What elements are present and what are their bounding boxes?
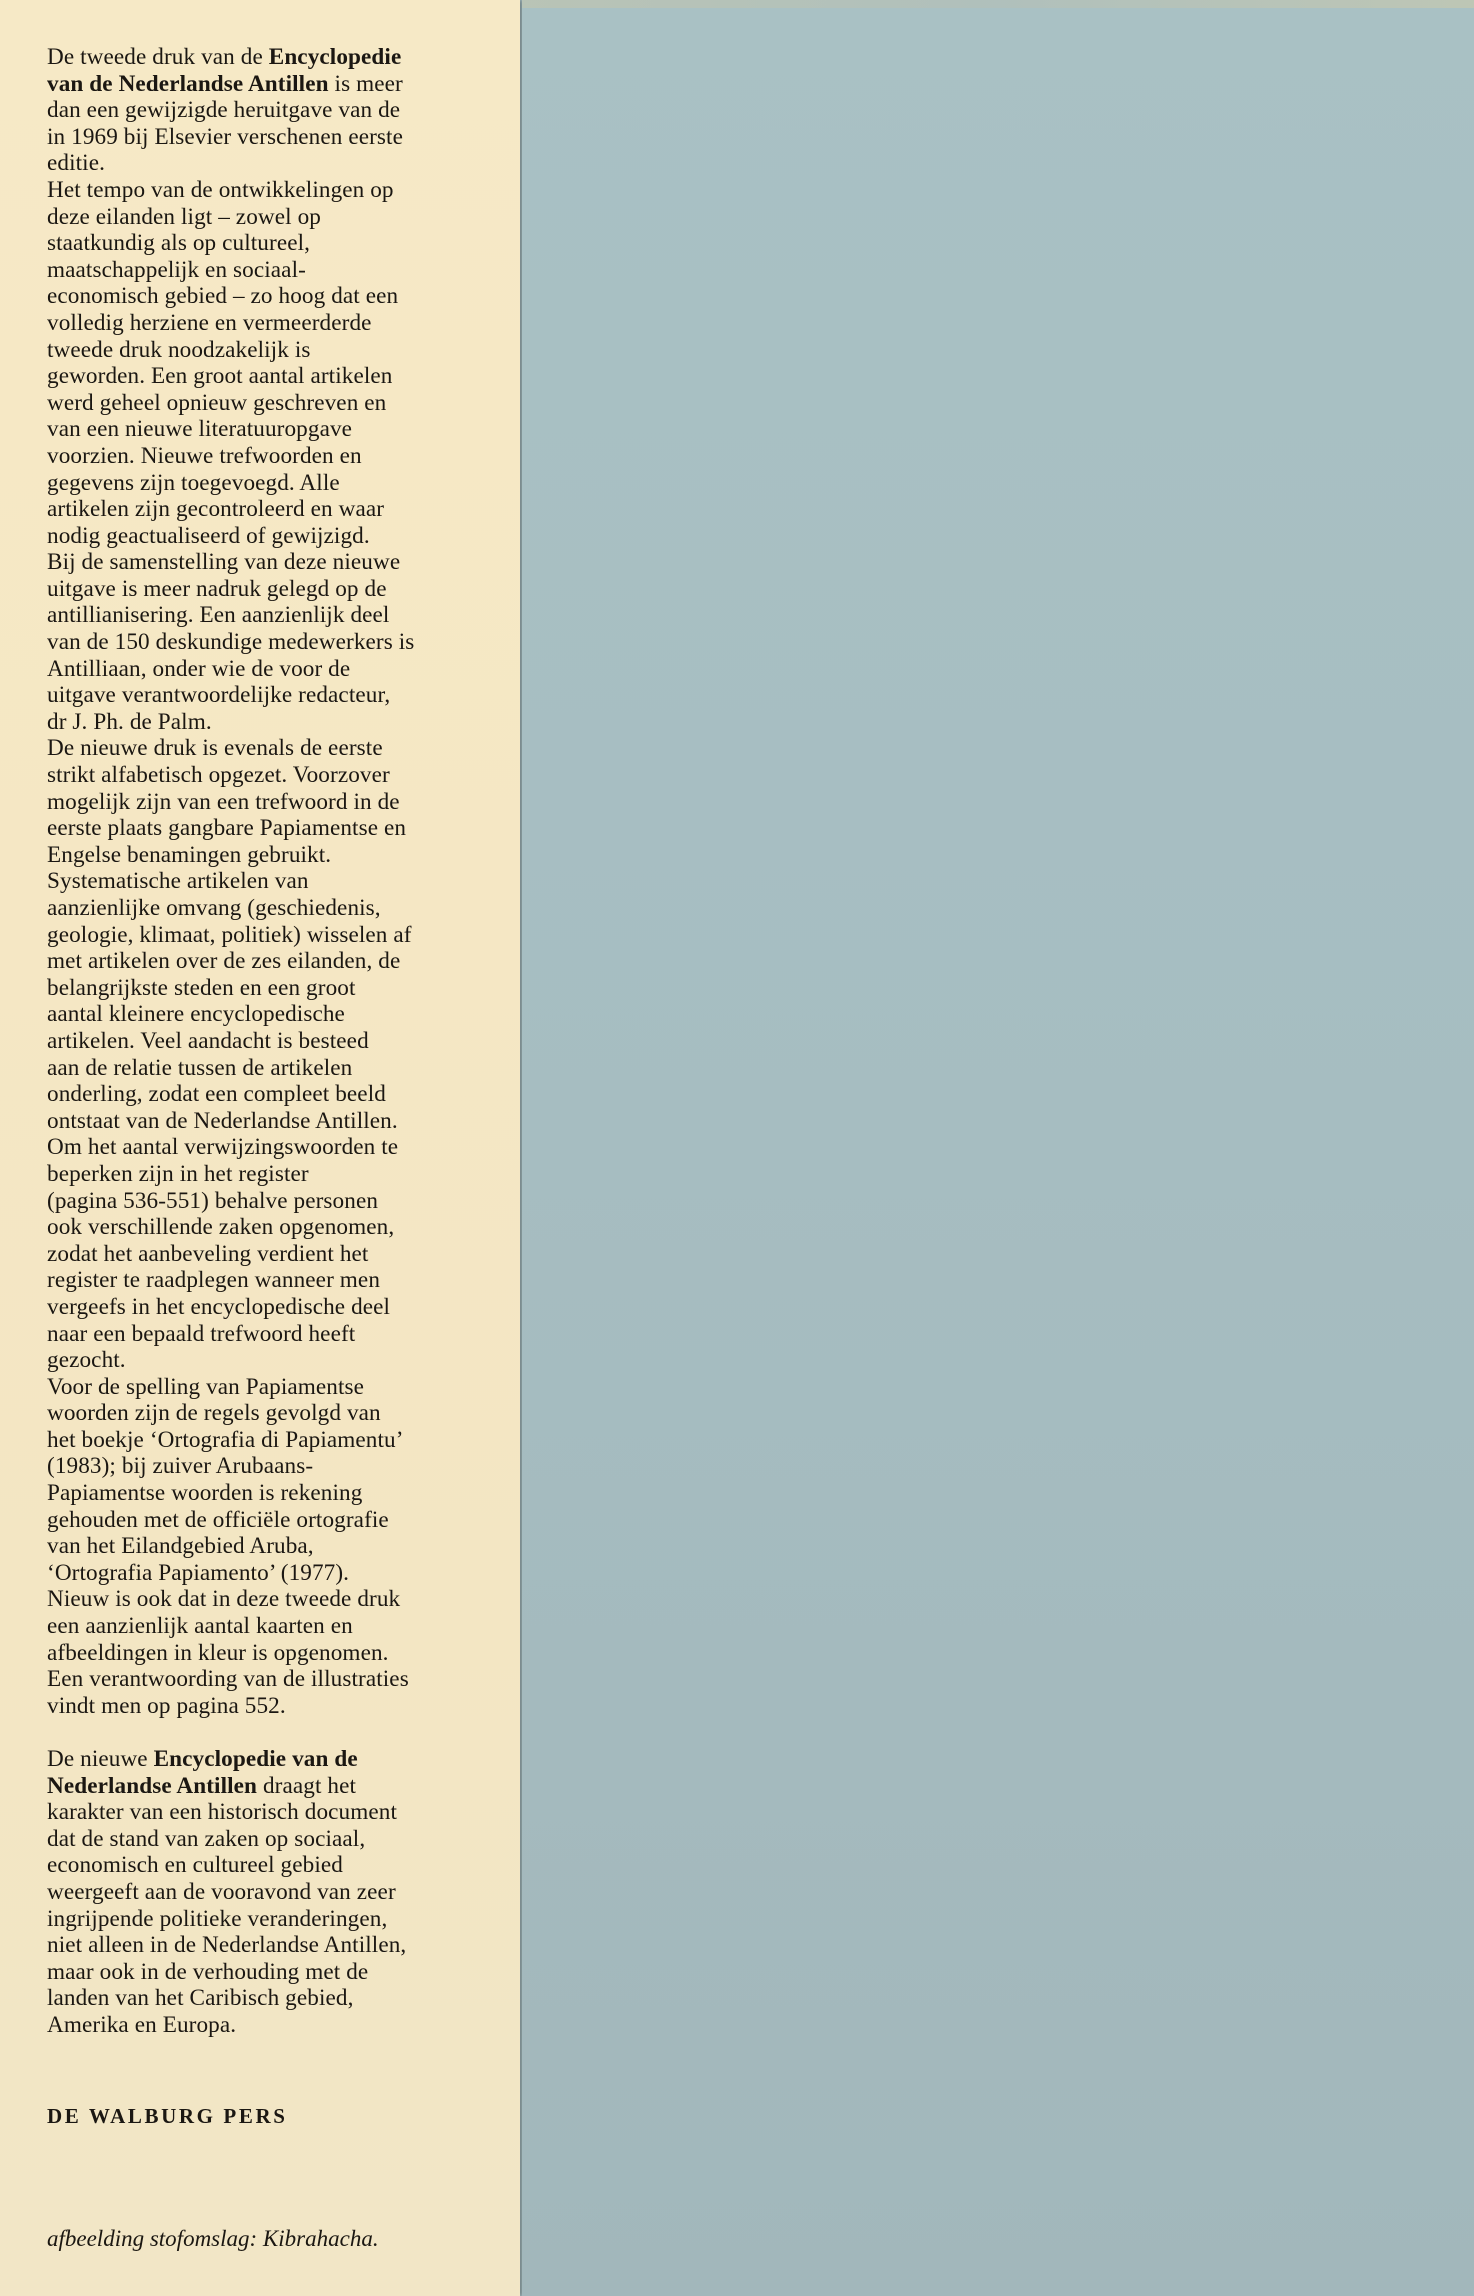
text-span: Papiamentse woorden is rekening bbox=[47, 1480, 362, 1506]
text-line: maar ook in de verhouding met de bbox=[47, 1959, 487, 1986]
text-span: aan de relatie tussen de artikelen bbox=[47, 1055, 352, 1081]
text-span: (pagina 536-551) behalve personen bbox=[47, 1188, 378, 1214]
text-span: Antilliaan, onder wie de voor de bbox=[47, 656, 350, 682]
text-span: naar een bepaald trefwoord heeft bbox=[47, 1321, 355, 1347]
text-span: geologie, klimaat, politiek) wisselen af bbox=[47, 922, 412, 948]
text-line: register te raadplegen wanneer men bbox=[47, 1267, 487, 1294]
text-span: van een nieuwe literatuuropgave bbox=[47, 416, 352, 442]
text-line: aantal kleinere encyclopedische bbox=[47, 1001, 487, 1028]
text-span: onderling, zodat een compleet beeld bbox=[47, 1081, 386, 1107]
text-span: gehouden met de officiële ortografie bbox=[47, 1507, 389, 1533]
text-line: Antilliaan, onder wie de voor de bbox=[47, 656, 487, 683]
text-line: Engelse benamingen gebruikt. bbox=[47, 842, 487, 869]
text-line: De tweede druk van de Encyclopedie bbox=[47, 44, 487, 71]
text-line: karakter van een historisch document bbox=[47, 1799, 487, 1826]
text-line: economisch gebied – zo hoog dat een bbox=[47, 283, 487, 310]
text-span: afbeeldingen in kleur is opgenomen. bbox=[47, 1640, 389, 1666]
text-line: ontstaat van de Nederlandse Antillen. bbox=[47, 1108, 487, 1135]
text-span: voorzien. Nieuwe trefwoorden en bbox=[47, 443, 362, 469]
text-span: antillianisering. Een aanzienlijk deel bbox=[47, 602, 389, 628]
bold-title-text: van de Nederlandse Antillen bbox=[47, 71, 329, 97]
text-line: dat de stand van zaken op sociaal, bbox=[47, 1826, 487, 1853]
text-span: De nieuwe bbox=[47, 1746, 154, 1772]
text-line: aanzienlijke omvang (geschiedenis, bbox=[47, 895, 487, 922]
bold-title-text: Encyclopedie van de bbox=[154, 1746, 358, 1772]
text-span: De nieuwe druk is evenals de eerste bbox=[47, 735, 383, 761]
paragraph-gap bbox=[47, 1719, 487, 1746]
text-span: uitgave verantwoordelijke redacteur, bbox=[47, 682, 390, 708]
text-line: dr J. Ph. de Palm. bbox=[47, 709, 487, 736]
text-span: dan een gewijzigde heruitgave van de bbox=[47, 97, 400, 123]
text-line: niet alleen in de Nederlandse Antillen, bbox=[47, 1932, 487, 1959]
text-span: Engelse benamingen gebruikt. bbox=[47, 842, 331, 868]
text-span: maatschappelijk en sociaal- bbox=[47, 257, 306, 283]
text-span: Het tempo van de ontwikkelingen op bbox=[47, 177, 394, 203]
text-span: weergeeft aan de vooravond van zeer bbox=[47, 1879, 396, 1905]
text-span: strikt alfabetisch opgezet. Voorzover bbox=[47, 762, 390, 788]
text-span: staatkundig als op cultureel, bbox=[47, 230, 310, 256]
text-span: register te raadplegen wanneer men bbox=[47, 1267, 380, 1293]
text-line: dan een gewijzigde heruitgave van de bbox=[47, 97, 487, 124]
text-span: (1983); bij zuiver Arubaans- bbox=[47, 1453, 313, 1479]
publisher-name: DE WALBURG PERS bbox=[47, 2104, 288, 2129]
text-line: het boekje ‘Ortografia di Papiamentu’ bbox=[47, 1427, 487, 1454]
text-span: met artikelen over de zes eilanden, de bbox=[47, 948, 400, 974]
text-span: van de 150 deskundige medewerkers is bbox=[47, 629, 414, 655]
text-line: geologie, klimaat, politiek) wisselen af bbox=[47, 922, 487, 949]
text-line: geworden. Een groot aantal artikelen bbox=[47, 363, 487, 390]
text-line: maatschappelijk en sociaal- bbox=[47, 257, 487, 284]
text-line: (1983); bij zuiver Arubaans- bbox=[47, 1453, 487, 1480]
bold-title-text: Nederlandse Antillen bbox=[47, 1773, 257, 1799]
text-line: van een nieuwe literatuuropgave bbox=[47, 416, 487, 443]
text-span: economisch gebied – zo hoog dat een bbox=[47, 283, 398, 309]
text-line: van de 150 deskundige medewerkers is bbox=[47, 629, 487, 656]
cover-top-edge bbox=[522, 0, 1474, 8]
text-line: in 1969 bij Elsevier verschenen eerste bbox=[47, 124, 487, 151]
text-line: zodat het aanbeveling verdient het bbox=[47, 1241, 487, 1268]
text-span: beperken zijn in het register bbox=[47, 1161, 309, 1187]
text-line: Om het aantal verwijzingswoorden te bbox=[47, 1134, 487, 1161]
text-line: van het Eilandgebied Aruba, bbox=[47, 1533, 487, 1560]
text-span: ontstaat van de Nederlandse Antillen. bbox=[47, 1108, 398, 1134]
bold-title-text: Encyclopedie bbox=[269, 44, 402, 70]
text-line: eerste plaats gangbare Papiamentse en bbox=[47, 815, 487, 842]
text-span: Een verantwoording van de illustraties bbox=[47, 1666, 409, 1692]
text-span: aantal kleinere encyclopedische bbox=[47, 1001, 345, 1027]
text-span: vergeefs in het encyclopedische deel bbox=[47, 1294, 390, 1320]
text-line: mogelijk zijn van een trefwoord in de bbox=[47, 789, 487, 816]
text-line: Het tempo van de ontwikkelingen op bbox=[47, 177, 487, 204]
text-line: artikelen. Veel aandacht is besteed bbox=[47, 1028, 487, 1055]
text-line: Systematische artikelen van bbox=[47, 868, 487, 895]
text-line: onderling, zodat een compleet beeld bbox=[47, 1081, 487, 1108]
text-line: aan de relatie tussen de artikelen bbox=[47, 1055, 487, 1082]
text-line: economisch en cultureel gebied bbox=[47, 1852, 487, 1879]
text-line: naar een bepaald trefwoord heeft bbox=[47, 1321, 487, 1348]
dust-jacket-flap: De tweede druk van de Encyclopedievan de… bbox=[0, 0, 520, 2296]
text-line: tweede druk noodzakelijk is bbox=[47, 337, 487, 364]
text-line: uitgave verantwoordelijke redacteur, bbox=[47, 682, 487, 709]
text-line: Bij de samenstelling van deze nieuwe bbox=[47, 549, 487, 576]
text-span: in 1969 bij Elsevier verschenen eerste bbox=[47, 124, 403, 150]
text-span: niet alleen in de Nederlandse Antillen, bbox=[47, 1932, 406, 1958]
text-line: een aanzienlijk aantal kaarten en bbox=[47, 1613, 487, 1640]
text-span: dr J. Ph. de Palm. bbox=[47, 709, 212, 735]
text-line: werd geheel opnieuw geschreven en bbox=[47, 390, 487, 417]
text-span: economisch en cultureel gebied bbox=[47, 1852, 343, 1878]
book-cover-blue-panel bbox=[522, 0, 1474, 2296]
text-line: Amerika en Europa. bbox=[47, 2012, 487, 2039]
text-span: Amerika en Europa. bbox=[47, 2012, 236, 2038]
text-span: ingrijpende politieke veranderingen, bbox=[47, 1906, 387, 1932]
text-span: Voor de spelling van Papiamentse bbox=[47, 1374, 364, 1400]
text-span: is meer bbox=[329, 71, 403, 97]
text-line: Een verantwoording van de illustraties bbox=[47, 1666, 487, 1693]
text-line: strikt alfabetisch opgezet. Voorzover bbox=[47, 762, 487, 789]
text-span: werd geheel opnieuw geschreven en bbox=[47, 390, 386, 416]
text-span: nodig geactualiseerd of gewijzigd. bbox=[47, 523, 370, 549]
text-span: zodat het aanbeveling verdient het bbox=[47, 1241, 368, 1267]
text-line: van de Nederlandse Antillen is meer bbox=[47, 71, 487, 98]
text-line: Nieuw is ook dat in deze tweede druk bbox=[47, 1586, 487, 1613]
text-line: editie. bbox=[47, 150, 487, 177]
text-line: beperken zijn in het register bbox=[47, 1161, 487, 1188]
text-span: De tweede druk van de bbox=[47, 44, 269, 70]
text-span: aanzienlijke omvang (geschiedenis, bbox=[47, 895, 381, 921]
cover-image-credit: afbeelding stofomslag: Kibrahacha. bbox=[47, 2226, 379, 2252]
text-span: ook verschillende zaken opgenomen, bbox=[47, 1214, 394, 1240]
text-span: uitgave is meer nadruk gelegd op de bbox=[47, 576, 387, 602]
text-span: Bij de samenstelling van deze nieuwe bbox=[47, 549, 400, 575]
text-span: belangrijkste steden en een groot bbox=[47, 975, 356, 1001]
text-line: landen van het Caribisch gebied, bbox=[47, 1985, 487, 2012]
text-span: dat de stand van zaken op sociaal, bbox=[47, 1826, 365, 1852]
text-line: met artikelen over de zes eilanden, de bbox=[47, 948, 487, 975]
text-span: landen van het Caribisch gebied, bbox=[47, 1985, 353, 2011]
text-line: weergeeft aan de vooravond van zeer bbox=[47, 1879, 487, 1906]
text-span: van het Eilandgebied Aruba, bbox=[47, 1533, 314, 1559]
text-span: draagt het bbox=[257, 1773, 356, 1799]
text-line: De nieuwe druk is evenals de eerste bbox=[47, 735, 487, 762]
text-line: De nieuwe Encyclopedie van de bbox=[47, 1746, 487, 1773]
text-line: gezocht. bbox=[47, 1347, 487, 1374]
text-line: uitgave is meer nadruk gelegd op de bbox=[47, 576, 487, 603]
text-line: ingrijpende politieke veranderingen, bbox=[47, 1906, 487, 1933]
text-span: het boekje ‘Ortografia di Papiamentu’ bbox=[47, 1427, 404, 1453]
text-line: ‘Ortografia Papiamento’ (1977). bbox=[47, 1560, 487, 1587]
text-span: editie. bbox=[47, 150, 105, 176]
text-line: nodig geactualiseerd of gewijzigd. bbox=[47, 523, 487, 550]
text-span: geworden. Een groot aantal artikelen bbox=[47, 363, 392, 389]
text-line: artikelen zijn gecontroleerd en waar bbox=[47, 496, 487, 523]
text-line: antillianisering. Een aanzienlijk deel bbox=[47, 602, 487, 629]
text-span: Om het aantal verwijzingswoorden te bbox=[47, 1134, 398, 1160]
text-span: artikelen. Veel aandacht is besteed bbox=[47, 1028, 369, 1054]
flap-body-text: De tweede druk van de Encyclopedievan de… bbox=[47, 44, 487, 2039]
text-span: gezocht. bbox=[47, 1347, 126, 1373]
text-line: volledig herziene en vermeerderde bbox=[47, 310, 487, 337]
text-line: gehouden met de officiële ortografie bbox=[47, 1507, 487, 1534]
text-span: deze eilanden ligt – zowel op bbox=[47, 204, 321, 230]
text-span: woorden zijn de regels gevolgd van bbox=[47, 1400, 381, 1426]
text-span: karakter van een historisch document bbox=[47, 1799, 397, 1825]
text-span: tweede druk noodzakelijk is bbox=[47, 337, 310, 363]
text-line: afbeeldingen in kleur is opgenomen. bbox=[47, 1640, 487, 1667]
text-span: mogelijk zijn van een trefwoord in de bbox=[47, 789, 400, 815]
text-line: deze eilanden ligt – zowel op bbox=[47, 204, 487, 231]
text-span: maar ook in de verhouding met de bbox=[47, 1959, 368, 1985]
text-line: Nederlandse Antillen draagt het bbox=[47, 1773, 487, 1800]
text-span: volledig herziene en vermeerderde bbox=[47, 310, 372, 336]
text-line: voorzien. Nieuwe trefwoorden en bbox=[47, 443, 487, 470]
text-line: woorden zijn de regels gevolgd van bbox=[47, 1400, 487, 1427]
text-span: ‘Ortografia Papiamento’ (1977). bbox=[47, 1560, 349, 1586]
text-line: staatkundig als op cultureel, bbox=[47, 230, 487, 257]
text-span: een aanzienlijk aantal kaarten en bbox=[47, 1613, 353, 1639]
text-span: gegevens zijn toegevoegd. Alle bbox=[47, 470, 340, 496]
text-span: eerste plaats gangbare Papiamentse en bbox=[47, 815, 406, 841]
text-line: Voor de spelling van Papiamentse bbox=[47, 1374, 487, 1401]
text-span: Systematische artikelen van bbox=[47, 868, 309, 894]
text-line: gegevens zijn toegevoegd. Alle bbox=[47, 470, 487, 497]
text-span: vindt men op pagina 552. bbox=[47, 1693, 286, 1719]
text-line: belangrijkste steden en een groot bbox=[47, 975, 487, 1002]
text-line: Papiamentse woorden is rekening bbox=[47, 1480, 487, 1507]
text-line: vindt men op pagina 552. bbox=[47, 1693, 487, 1720]
text-span: artikelen zijn gecontroleerd en waar bbox=[47, 496, 384, 522]
text-span: Nieuw is ook dat in deze tweede druk bbox=[47, 1586, 400, 1612]
text-line: (pagina 536-551) behalve personen bbox=[47, 1188, 487, 1215]
text-line: ook verschillende zaken opgenomen, bbox=[47, 1214, 487, 1241]
text-line: vergeefs in het encyclopedische deel bbox=[47, 1294, 487, 1321]
